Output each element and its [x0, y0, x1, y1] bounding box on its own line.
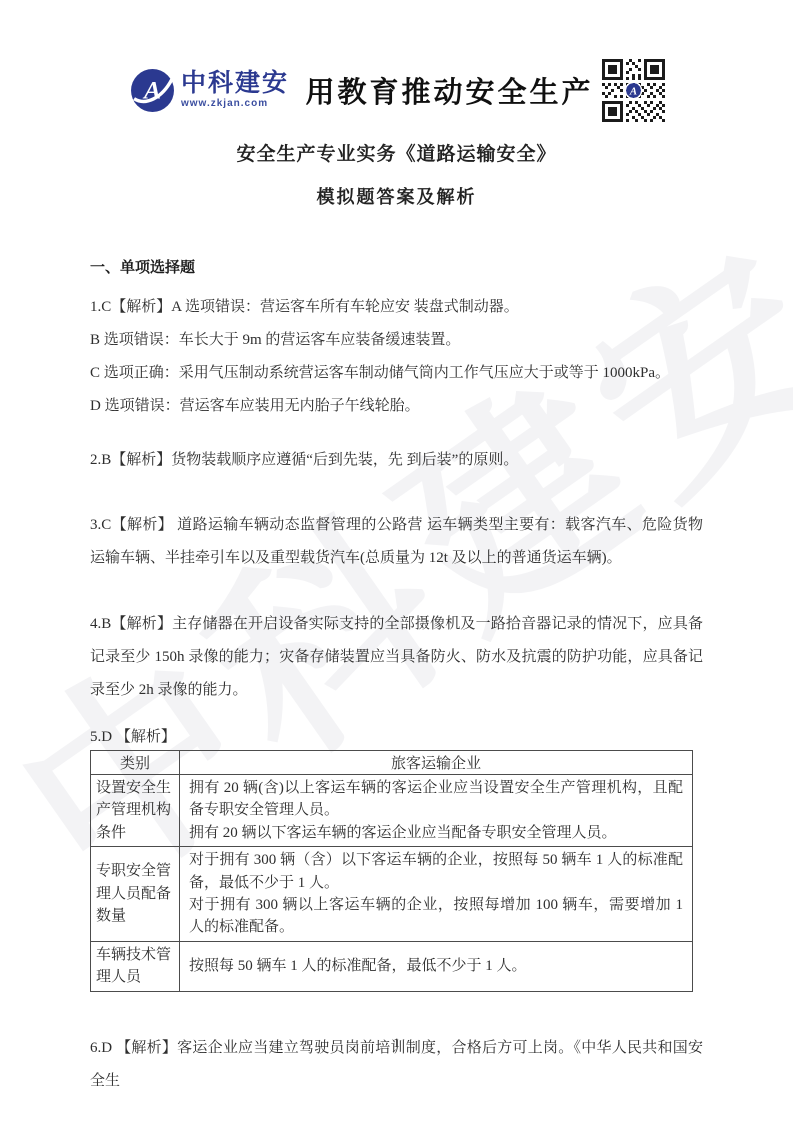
logo-text-block: 中科建安 www.zkjan.com: [181, 71, 289, 109]
column-header-enterprise: 旅客运输企业: [180, 751, 693, 775]
page-number: 1: [0, 1035, 793, 1051]
svg-text:A: A: [629, 85, 637, 97]
svg-text:A: A: [142, 75, 161, 104]
column-header-category: 类别: [91, 751, 180, 775]
answer-item-5: 5.D 【解析】: [90, 727, 703, 747]
document-body: 一、单项选择题 1.C【解析】A 选项错误：营运客车所有车轮应安 装盘式制动器。…: [90, 258, 703, 1098]
row-detail: 拥有 20 辆(含)以上客运车辆的客运企业应当设置安全生产管理机构，且配备专职安…: [180, 775, 693, 847]
row-detail: 对于拥有 300 辆（含）以下客运车辆的企业，按照每 50 辆车 1 人的标准配…: [180, 847, 693, 942]
document-header: A 中科建安 www.zkjan.com 用教育推动安全生产 A: [130, 56, 665, 124]
row-detail: 按照每 50 辆车 1 人的标准配备，最低不少于 1 人。: [180, 941, 693, 991]
brand-name: 中科建安: [181, 71, 289, 96]
section-heading: 一、单项选择题: [90, 258, 703, 278]
brand-website: www.zkjan.com: [181, 99, 289, 109]
question5-table: 类别 旅客运输企业 设置安全生产管理机构条件 拥有 20 辆(含)以上客运车辆的…: [90, 750, 693, 992]
header-slogan: 用教育推动安全生产: [306, 70, 594, 111]
table-header-row: 类别 旅客运输企业: [91, 751, 693, 775]
document-page: 中科建安 A 中科建安 www.zkjan.com 用教育推动安全生产: [0, 0, 793, 1121]
table-row: 车辆技术管理人员 按照每 50 辆车 1 人的标准配备，最低不少于 1 人。: [91, 941, 693, 991]
answer-item-1: 1.C【解析】A 选项错误：营运客车所有车轮应安 装盘式制动器。 B 选项错误：…: [90, 291, 703, 423]
answer-item-3: 3.C【解析】 道路运输车辆动态监督管理的公路营 运车辆类型主要有：载客汽车、危…: [90, 509, 703, 575]
row-category: 车辆技术管理人员: [91, 941, 180, 991]
qr-code: A: [602, 59, 665, 122]
table-row: 专职安全管理人员配备数量 对于拥有 300 辆（含）以下客运车辆的企业，按照每 …: [91, 847, 693, 942]
company-logo: A 中科建安 www.zkjan.com: [130, 68, 289, 113]
row-category: 设置安全生产管理机构条件: [91, 775, 180, 847]
table-row: 设置安全生产管理机构条件 拥有 20 辆(含)以上客运车辆的客运企业应当设置安全…: [91, 775, 693, 847]
row-category: 专职安全管理人员配备数量: [91, 847, 180, 942]
document-subtitle: 模拟题答案及解析: [0, 183, 793, 209]
answer-item-4: 4.B【解析】主存储器在开启设备实际支持的全部摄像机及一路拾音器记录的情况下，应…: [90, 608, 703, 707]
zkja-logo-icon: A: [130, 68, 175, 113]
answer-item-2: 2.B【解析】货物装载顺序应遵循“后到先装，先 到后装”的原则。: [90, 444, 703, 477]
document-title: 安全生产专业实务《道路运输安全》: [0, 139, 793, 166]
